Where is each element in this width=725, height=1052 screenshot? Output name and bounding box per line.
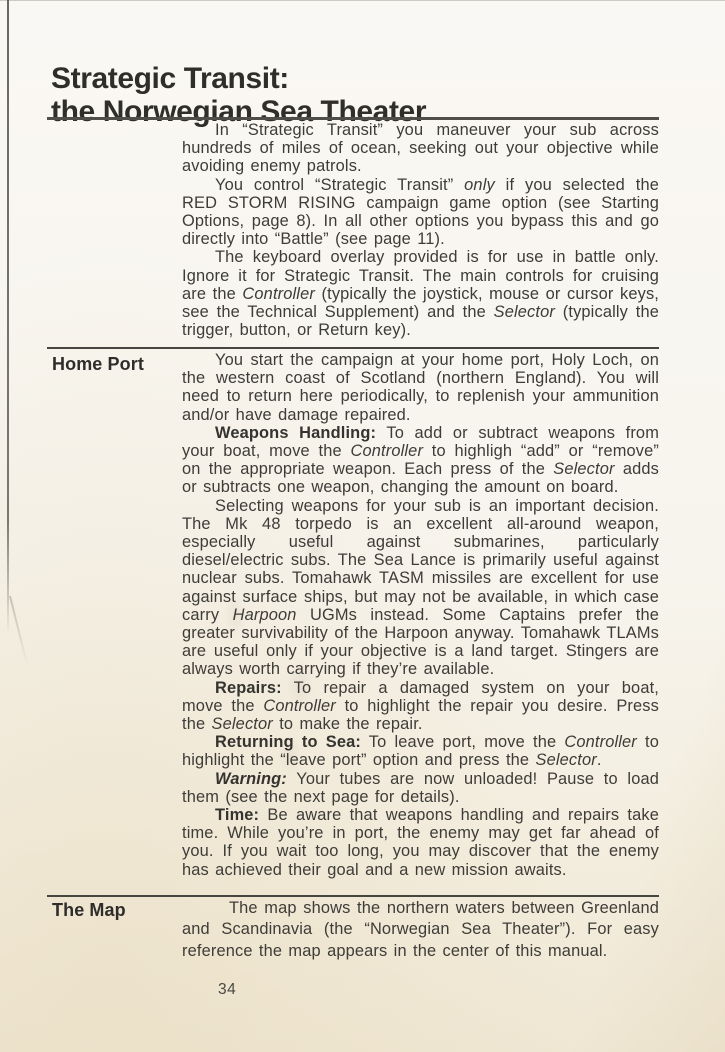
paragraph: You start the campaign at your home port… (182, 351, 659, 424)
text-run: Weapons Handling: (215, 424, 376, 442)
home-port-divider-rule (47, 347, 659, 349)
scanned-manual-page: Strategic Transit:the Norwegian Sea Thea… (0, 0, 725, 1052)
paragraph: Selecting weapons for your sub is an imp… (182, 497, 659, 679)
text-run: Controller (351, 442, 424, 460)
page-binding-edge-line (7, 0, 9, 635)
text-run: Repairs: (215, 679, 282, 697)
text-run: Selector (494, 303, 555, 321)
text-run: Selector (536, 751, 597, 769)
section-intro-body: In “Strategic Transit” you maneuver your… (182, 121, 659, 339)
text-run: In “Strategic Transit” you maneuver your… (182, 121, 659, 175)
paragraph: Repairs: To repair a damaged system on y… (182, 679, 659, 734)
text-run: only (464, 176, 495, 194)
paragraph: Warning: Your tubes are now unloaded! Pa… (182, 770, 659, 806)
paragraph: Time: Be aware that weapons handling and… (182, 806, 659, 879)
paragraph: In “Strategic Transit” you maneuver your… (182, 121, 659, 176)
text-run: Time: (215, 806, 259, 824)
the-map-divider-rule (47, 895, 659, 897)
section-heading-home-port: Home Port (52, 354, 144, 375)
text-run: You start the campaign at your home port… (182, 351, 659, 424)
text-run: Controller (263, 697, 336, 715)
paragraph: The map shows the northern waters betwee… (182, 898, 659, 962)
text-run: To leave port, move the (361, 733, 564, 751)
text-run: Warning: (215, 770, 287, 788)
text-run: Harpoon (233, 606, 297, 624)
paragraph: Weapons Handling: To add or subtract wea… (182, 424, 659, 497)
section-home-port-body: You start the campaign at your home port… (182, 351, 659, 879)
text-run: to make the repair. (273, 715, 423, 733)
paragraph: You control “Strategic Transit” only if … (182, 176, 659, 249)
text-run: Controller (242, 285, 315, 303)
page-number: 34 (218, 981, 236, 999)
text-run: . (597, 751, 602, 769)
section-heading-the-map: The Map (52, 900, 126, 921)
scan-top-edge (0, 0, 725, 1)
page-binding-edge-tail (9, 596, 29, 668)
page-title-line1: Strategic Transit: (51, 62, 289, 95)
text-run: Selector (212, 715, 273, 733)
paragraph: The keyboard overlay provided is for use… (182, 248, 659, 339)
paragraph: Returning to Sea: To leave port, move th… (182, 733, 659, 769)
text-run: Selecting weapons for your sub is an imp… (182, 497, 659, 624)
text-run: Controller (564, 733, 637, 751)
text-run: Selector (553, 460, 614, 478)
text-run: The map shows the northern waters betwee… (182, 899, 659, 960)
section-the-map-body: The map shows the northern waters betwee… (182, 898, 659, 962)
text-run: Returning to Sea: (215, 733, 361, 751)
text-run: You control “Strategic Transit” (215, 176, 464, 194)
title-divider-rule (47, 117, 659, 120)
